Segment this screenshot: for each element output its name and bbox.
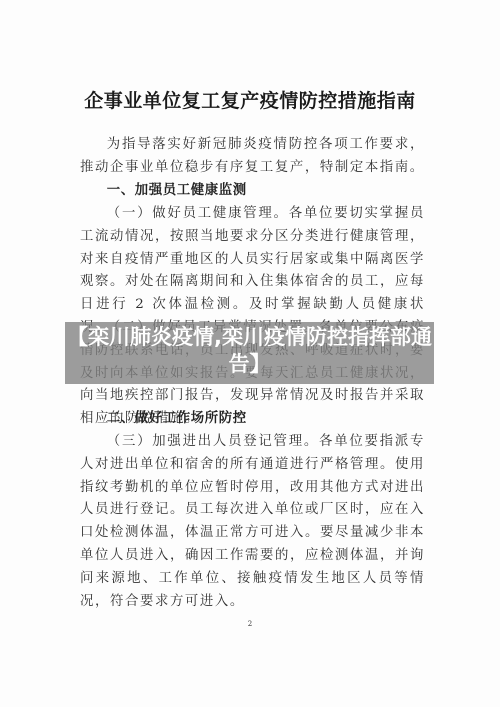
intro-paragraph: 为指导落实好新冠肺炎疫情防控各项工作要求，推动企事业单位稳步有序复工复产，特制定… [80,134,425,180]
section-heading-1: 一、加强员工健康监测 [80,180,425,203]
section-heading-2: 二、做好工作场所防控 [80,408,425,431]
headline-overlay-banner: 【栾川肺炎疫情,栾川疫情防控指挥部通告】 [65,322,434,384]
item-3-paragraph: （三）加强进出人员登记管理。各单位要指派专人对进出单位和宿舍的所有通道进行严格管… [80,431,425,613]
document-title: 企事业单位复工复产疫情防控措施指南 [0,86,500,113]
page-number: 2 [0,620,500,628]
headline-text: 【栾川肺炎疫情,栾川疫情防控指挥部通告】 [65,324,434,378]
